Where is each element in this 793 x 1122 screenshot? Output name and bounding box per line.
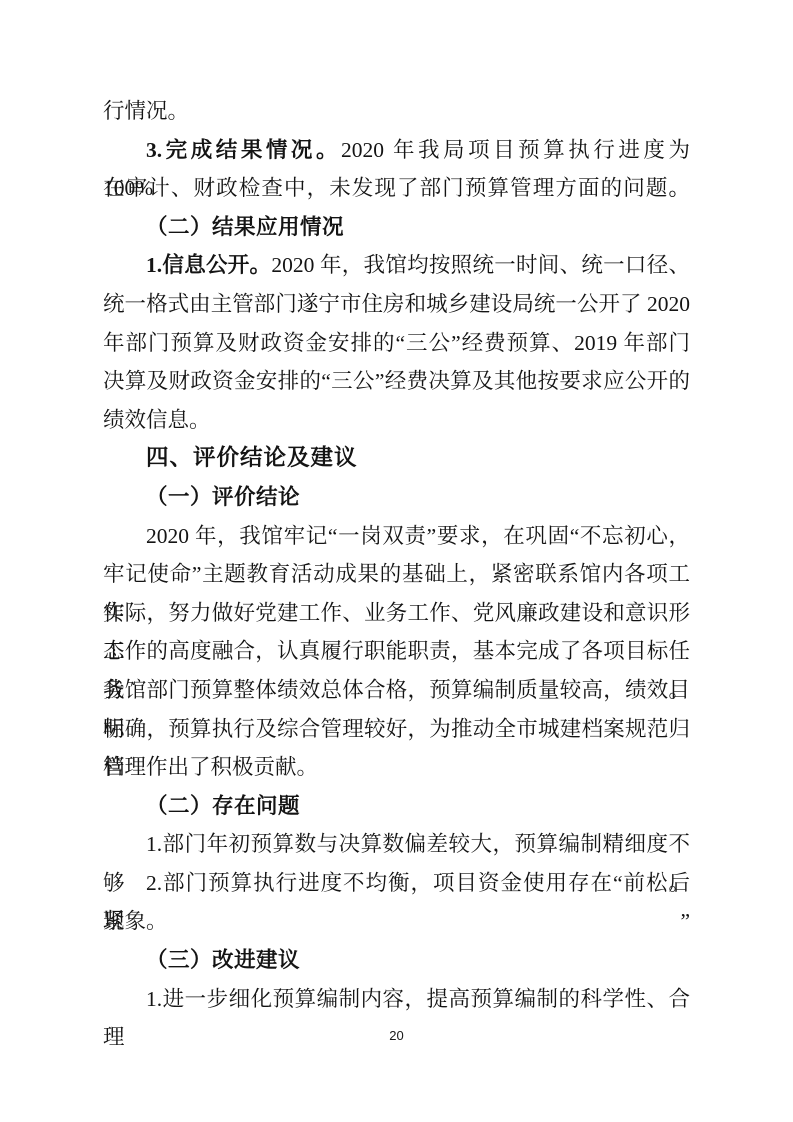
text-run-bold: （二）结果应用情况 xyxy=(146,215,344,239)
text-run: 绩效信息。 xyxy=(103,408,211,432)
text-line-2: 3.完成结果情况。2020 年我局项目预算执行进度为 100%。 xyxy=(103,131,690,170)
text-run: 决算及财政资金安排的“三公”经费决算及其他按要求应公开的 xyxy=(103,369,690,393)
text-run: 现象。 xyxy=(103,909,168,933)
text-line-10: 四、评价结论及建议 xyxy=(103,439,690,478)
text-line-14: 实际，努力做好党建工作、业务工作、党风廉政建设和意识形态 xyxy=(103,594,690,633)
text-run: 统一格式由主管部门遂宁市住房和城乡建设局统一公开了 2020 xyxy=(103,292,690,316)
text-line-13: 牢记使命”主题教育活动成果的基础上，紧密联系馆内各项工作 xyxy=(103,555,690,594)
text-run-bold: 3.完成结果情况。 xyxy=(146,138,341,162)
text-line-16: 我馆部门预算整体绩效总体合格，预算编制质量较高，绩效目标 xyxy=(103,671,690,710)
document-body: 行情况。3.完成结果情况。2020 年我局项目预算执行进度为 100%。在审计、… xyxy=(103,92,690,1018)
text-run: 2.部门预算执行进度不均衡，项目资金使用存在“前松后紧” xyxy=(103,871,690,934)
text-run-bold: 1.信息公开。 xyxy=(146,253,271,277)
text-line-19: （二）存在问题 xyxy=(103,787,690,826)
text-line-6: 统一格式由主管部门遂宁市住房和城乡建设局统一公开了 2020 xyxy=(103,285,690,324)
page-number: 20 xyxy=(0,1028,793,1043)
text-run-bold: （二）存在问题 xyxy=(146,794,300,818)
text-run-bold: （三）改进建议 xyxy=(146,948,300,972)
text-line-24: 1.进一步细化预算编制内容，提高预算编制的科学性、合理 xyxy=(103,980,690,1019)
text-run: 年部门预算及财政资金安排的“三公”经费预算、2019 年部门 xyxy=(103,331,690,355)
text-line-11: （一）评价结论 xyxy=(103,478,690,517)
text-run-bold: 四、评价结论及建议 xyxy=(146,445,358,470)
text-line-23: （三）改进建议 xyxy=(103,941,690,980)
text-line-20: 1.部门年初预算数与决算数偏差较大，预算编制精细度不够。 xyxy=(103,825,690,864)
text-line-7: 年部门预算及财政资金安排的“三公”经费预算、2019 年部门 xyxy=(103,324,690,363)
text-line-21: 2.部门预算执行进度不均衡，项目资金使用存在“前松后紧” xyxy=(103,864,690,903)
text-line-4: （二）结果应用情况 xyxy=(103,208,690,247)
text-line-1: 行情况。 xyxy=(103,92,690,131)
text-run: 管理作出了积极贡献。 xyxy=(103,755,318,779)
text-run: 行情况。 xyxy=(103,99,189,123)
text-run: 2020 年，我馆牢记“一岗双责”要求，在巩固“不忘初心， xyxy=(146,524,690,548)
text-line-9: 绩效信息。 xyxy=(103,401,690,440)
text-run: 在审计、财政检查中，未发现了部门预算管理方面的问题。 xyxy=(103,176,690,200)
text-line-5: 1.信息公开。2020 年，我馆均按照统一时间、统一口径、 xyxy=(103,246,690,285)
text-line-15: 工作的高度融合，认真履行职能职责，基本完成了各项目标任务。 xyxy=(103,632,690,671)
text-line-17: 明确，预算执行及综合管理较好，为推动全市城建档案规范归档 xyxy=(103,710,690,749)
document-page: 行情况。3.完成结果情况。2020 年我局项目预算执行进度为 100%。在审计、… xyxy=(0,0,793,1122)
text-line-18: 管理作出了积极贡献。 xyxy=(103,748,690,787)
text-line-12: 2020 年，我馆牢记“一岗双责”要求，在巩固“不忘初心， xyxy=(103,517,690,556)
text-line-8: 决算及财政资金安排的“三公”经费决算及其他按要求应公开的 xyxy=(103,362,690,401)
text-run-bold: （一）评价结论 xyxy=(146,485,300,509)
text-run: 2020 年，我馆均按照统一时间、统一口径、 xyxy=(271,253,690,277)
text-line-3: 在审计、财政检查中，未发现了部门预算管理方面的问题。 xyxy=(103,169,690,208)
